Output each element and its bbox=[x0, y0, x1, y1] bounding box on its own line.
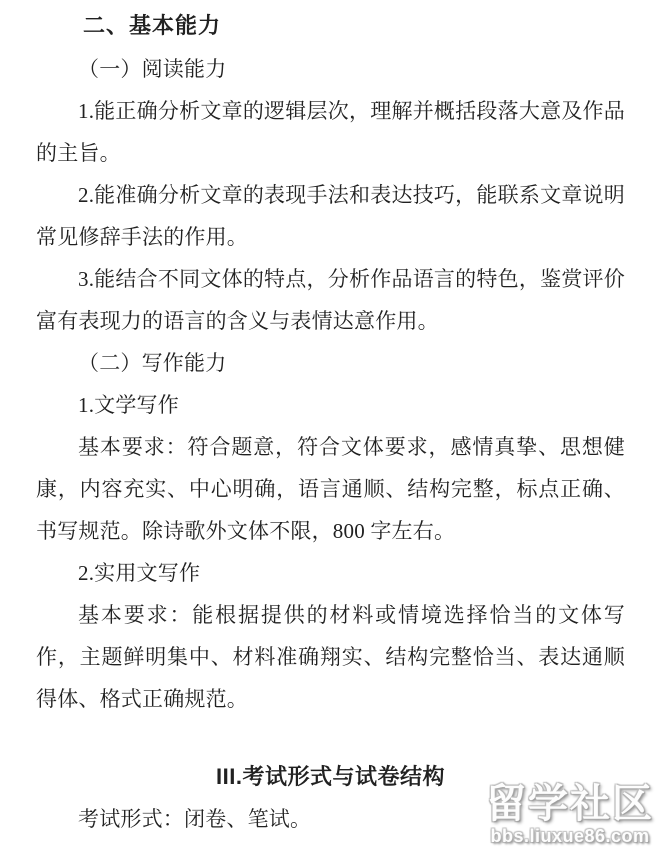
section-heading-exam-format: III.考试形式与试卷结构 bbox=[36, 756, 625, 798]
paragraph-reading-3: 3.能结合不同文体的特点，分析作品语言的特色，鉴赏评价富有表现力的语言的含义与表… bbox=[36, 258, 625, 342]
paragraph-practical-requirement: 基本要求：能根据提供的材料或情境选择恰当的文体写作，主题鲜明集中、材料准确翔实、… bbox=[36, 594, 625, 720]
paragraph-reading-2: 2.能准确分析文章的表现手法和表达技巧，能联系文章说明常见修辞手法的作用。 bbox=[36, 174, 625, 258]
section-heading-basic-ability: 二、基本能力 bbox=[83, 4, 625, 48]
subheading-writing-ability: （二）写作能力 bbox=[36, 342, 625, 384]
paragraph-literary-requirement: 基本要求：符合题意，符合文体要求，感情真挚、思想健康，内容充实、中心明确，语言通… bbox=[36, 426, 625, 552]
document-page: 二、基本能力 （一）阅读能力 1.能正确分析文章的逻辑层次，理解并概括段落大意及… bbox=[0, 0, 659, 849]
item-literary-writing: 1.文学写作 bbox=[36, 384, 625, 426]
paragraph-reading-1: 1.能正确分析文章的逻辑层次，理解并概括段落大意及作品的主旨。 bbox=[36, 90, 625, 174]
paragraph-exam-format: 考试形式：闭卷、笔试。 bbox=[36, 798, 625, 840]
subheading-reading-ability: （一）阅读能力 bbox=[36, 48, 625, 90]
item-practical-writing: 2.实用文写作 bbox=[36, 552, 625, 594]
